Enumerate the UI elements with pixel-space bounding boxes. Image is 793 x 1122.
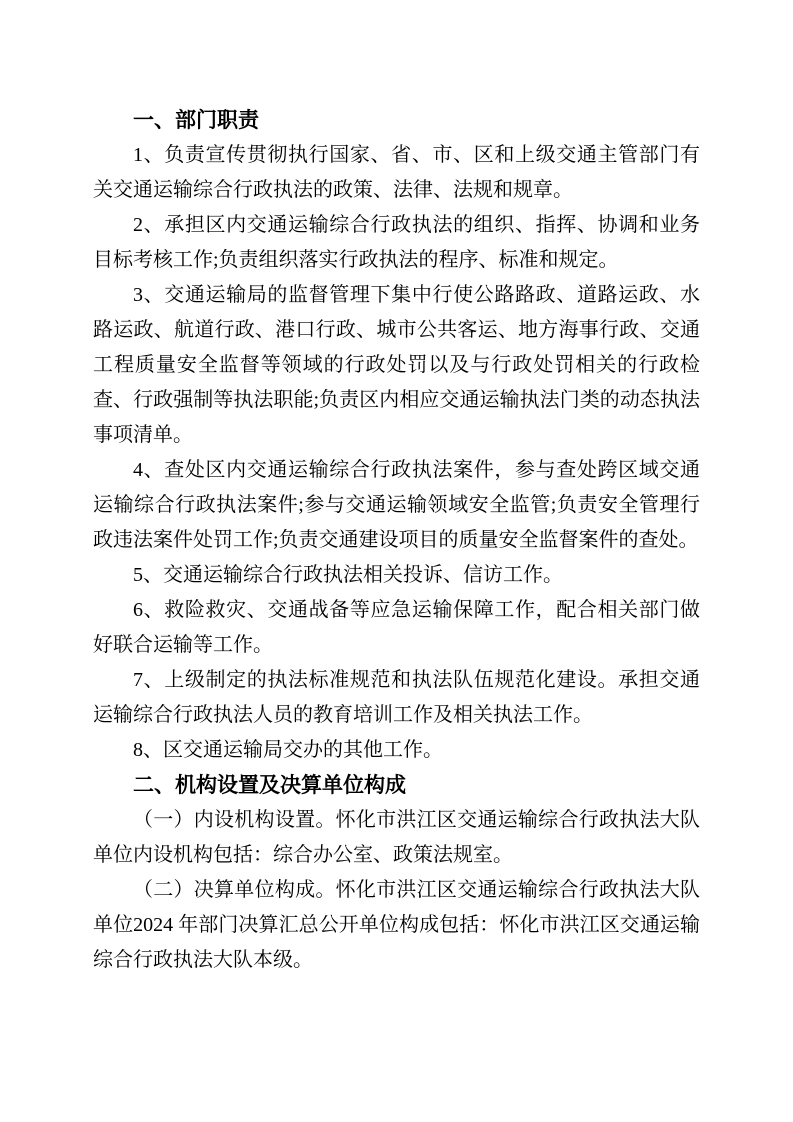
paragraph-internal-organization: （一）内设机构设置。怀化市洪江区交通运输综合行政执法大队单位内设机构包括：综合办… (93, 803, 700, 873)
paragraph-duty-4: 4、查处区内交通运输综合行政执法案件，参与查处跨区域交通运输综合行政执法案件;参… (93, 453, 700, 558)
paragraph-duty-5: 5、交通运输综合行政执法相关投诉、信访工作。 (93, 558, 700, 593)
paragraph-duty-3: 3、交通运输局的监督管理下集中行使公路路政、道路运政、水路运政、航道行政、港口行… (93, 278, 700, 453)
paragraph-final-accounts-units: （二）决算单位构成。怀化市洪江区交通运输综合行政执法大队单位2024 年部门决算… (93, 873, 700, 978)
paragraph-duty-1: 1、负责宣传贯彻执行国家、省、市、区和上级交通主管部门有关交通运输综合行政执法的… (93, 138, 700, 208)
paragraph-duty-6: 6、救险救灾、交通战备等应急运输保障工作，配合相关部门做好联合运输等工作。 (93, 593, 700, 663)
document-page: 一、部门职责 1、负责宣传贯彻执行国家、省、市、区和上级交通主管部门有关交通运输… (0, 0, 793, 1122)
paragraph-duty-2: 2、承担区内交通运输综合行政执法的组织、指挥、协调和业务目标考核工作;负责组织落… (93, 208, 700, 278)
paragraph-duty-8: 8、区交通运输局交办的其他工作。 (93, 733, 700, 768)
paragraph-duty-7: 7、上级制定的执法标准规范和执法队伍规范化建设。承担交通运输综合行政执法人员的教… (93, 663, 700, 733)
section-heading-department-duties: 一、部门职责 (93, 103, 700, 138)
section-heading-organization-setup: 二、机构设置及决算单位构成 (93, 768, 700, 803)
